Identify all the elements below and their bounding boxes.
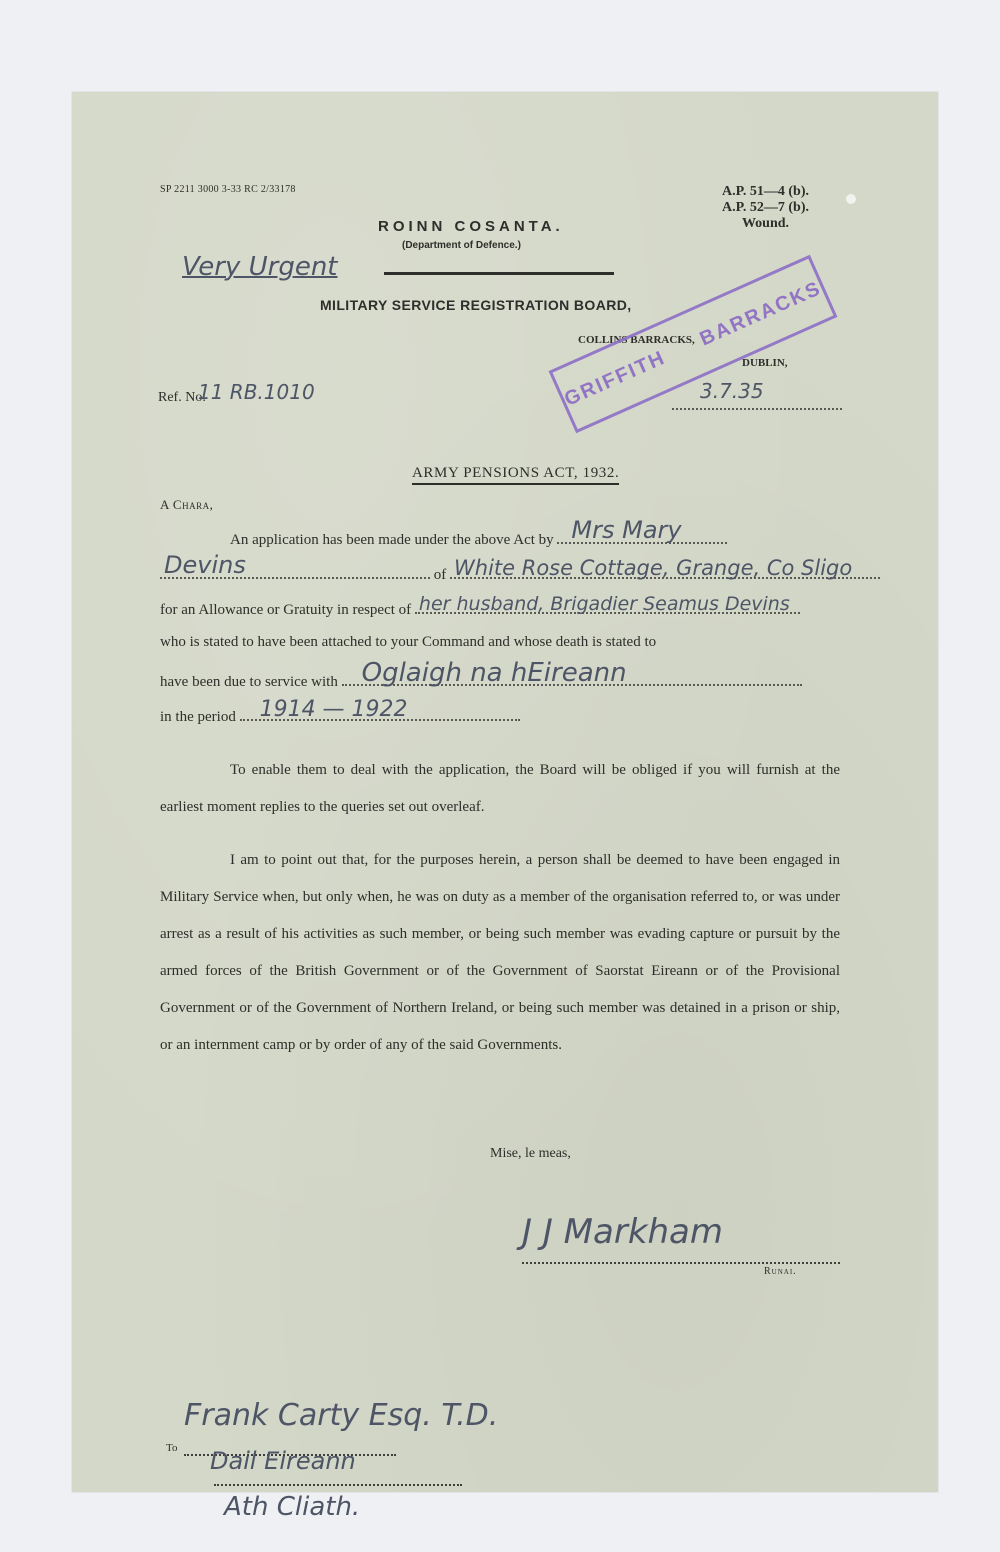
header-rule [384,272,614,275]
service-prefix: have been due to service with [160,674,338,690]
ap-ref-1: A.P. 51—4 (b). [722,184,809,200]
signature-line [522,1260,840,1264]
paragraph-queries: To enable them to deal with the applicat… [160,752,840,826]
applicant-prefix: An application has been made under the a… [230,532,554,548]
recipient-line-2-dots [214,1484,462,1486]
form-code: SP 2211 3000 3-33 RC 2/33178 [160,184,296,195]
applicant-name-part2: Devins [164,551,246,579]
recipient-line-2: Dail Eireann [210,1447,356,1475]
respect-field: her husband, Brigadier Seamus Devins [415,598,800,614]
salutation: A Chara, [160,497,213,513]
applicant-address-field: White Rose Cottage, Grange, Co Sligo [450,563,880,579]
act-title: ARMY PENSIONS ACT, 1932. [412,465,619,485]
punch-hole [846,194,856,204]
attached-line: who is stated to have been attached to y… [160,634,656,651]
department-english: (Department of Defence.) [402,240,521,251]
letter-page: SP 2211 3000 3-33 RC 2/33178 A.P. 51—4 (… [72,92,938,1492]
applicant-surname-field: Devins [160,563,430,579]
period-line: in the period 1914 — 1922 [160,705,520,726]
stamp-word-1: GRIFFITH [561,346,669,411]
recipient-line-3: Ath Cliath. [224,1492,360,1522]
respect-value: her husband, Brigadier Seamus Devins [419,593,790,615]
service-line: have been due to service with Oglaigh na… [160,670,802,691]
service-value: Oglaigh na hEireann [362,658,627,688]
address-line: Devins of White Rose Cottage, Grange, Co… [160,563,880,584]
applicant-line: An application has been made under the a… [230,528,727,549]
period-value: 1914 — 1922 [260,697,408,722]
signature-title: Runai. [764,1266,797,1277]
to-label: To [166,1442,177,1454]
address-line-2: DUBLIN, [742,357,788,369]
closing: Mise, le meas, [490,1146,571,1162]
very-urgent-annotation: Very Urgent [182,252,338,282]
date-value: 3.7.35 [700,379,764,403]
signature: J J Markham [522,1212,723,1252]
period-prefix: in the period [160,709,236,725]
paragraph-military-service-definition: I am to point out that, for the purposes… [160,842,840,1064]
ap-ref-wound: Wound. [722,216,809,232]
department-irish: ROINN COSANTA. [378,218,564,235]
board-name: MILITARY SERVICE REGISTRATION BOARD, [320,297,632,313]
stamp-word-2: BARRACKS [696,277,825,351]
ref-value: 11 RB.1010 [198,380,315,404]
applicant-name-field: Mrs Mary [557,528,727,544]
applicant-name-part1: Mrs Mary [571,516,681,544]
applicant-address: White Rose Cottage, Grange, Co Sligo [454,556,852,580]
of-label: of [434,567,447,583]
service-field: Oglaigh na hEireann [342,670,802,686]
respect-line: for an Allowance or Gratuity in respect … [160,598,800,619]
period-field: 1914 — 1922 [240,705,520,721]
ap-ref-2: A.P. 52—7 (b). [722,200,809,216]
respect-prefix: for an Allowance or Gratuity in respect … [160,602,411,618]
ap-references: A.P. 51—4 (b). A.P. 52—7 (b). Wound. [722,184,809,232]
recipient-line-1: Frank Carty Esq. T.D. [184,1398,498,1433]
